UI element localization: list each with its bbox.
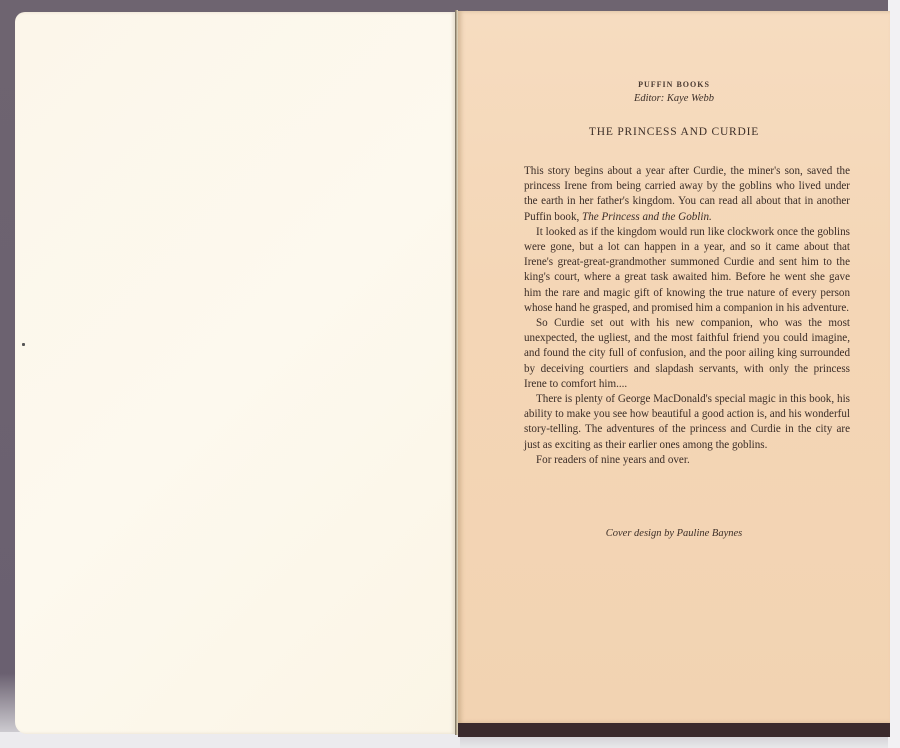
paragraph-3: So Curdie set out with his new companion… xyxy=(524,316,850,392)
scan-background-bottom xyxy=(0,732,460,748)
editor-credit: Editor: Kaye Webb xyxy=(458,93,890,104)
left-page-blank xyxy=(15,12,455,734)
paragraph-2: It looked as if the kingdom would run li… xyxy=(524,225,850,316)
paragraph-5: For readers of nine years and over. xyxy=(524,453,850,468)
publisher-name: PUFFIN BOOKS xyxy=(458,80,890,89)
book-title: THE PRINCESS AND CURDIE xyxy=(458,126,890,138)
blurb-text: This story begins about a year after Cur… xyxy=(524,164,850,468)
paragraph-4: There is plenty of George MacDonald's sp… xyxy=(524,392,850,453)
paper-speck xyxy=(22,343,25,346)
paragraph-1: This story begins about a year after Cur… xyxy=(524,164,850,225)
cover-credit: Cover design by Pauline Baynes xyxy=(458,528,890,539)
page-bottom-edge xyxy=(458,723,890,737)
book-reference: The Princess and the Goblin. xyxy=(582,211,712,223)
